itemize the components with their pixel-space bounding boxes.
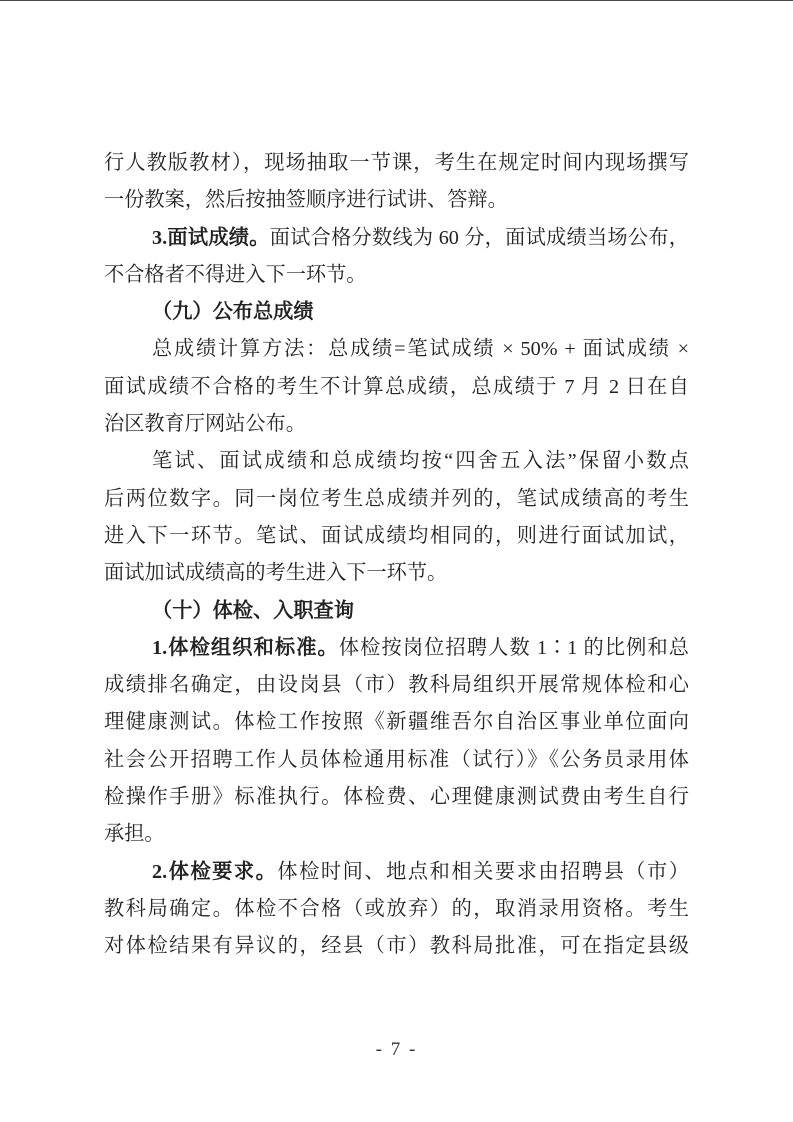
document-body: 行人教版教材），现场抽取一节课，考生在规定时间内现场撰写 一份教案，然后按抽签顺… <box>104 145 689 966</box>
doc-line: 成绩排名确定，由设岗县（市）教科局组织开展常规体检和心 <box>104 667 689 704</box>
doc-line: 治区教育厅网站公布。 <box>104 406 689 443</box>
section-heading-9: （九）公布总成绩 <box>104 294 689 331</box>
bold-run-in-2: 2.体检要求。 <box>152 861 277 883</box>
document-page: 行人教版教材），现场抽取一节课，考生在规定时间内现场撰写 一份教案，然后按抽签顺… <box>0 0 793 1122</box>
doc-line: 行人教版教材），现场抽取一节课，考生在规定时间内现场撰写 <box>104 145 689 182</box>
doc-line: 对体检结果有异议的，经县（市）教科局批准，可在指定县级 <box>104 928 689 965</box>
doc-line: 进入下一环节。笔试、面试成绩均相同的，则进行面试加试， <box>104 518 689 555</box>
doc-line: 一份教案，然后按抽签顺序进行试讲、答辩。 <box>104 182 689 219</box>
doc-line: 承担。 <box>104 816 689 853</box>
doc-line: 检操作手册》标准执行。体检费、心理健康测试费由考生自行 <box>104 779 689 816</box>
doc-line: 3.面试成绩。面试合格分数线为 60 分，面试成绩当场公布， <box>104 220 689 257</box>
doc-line: 不合格者不得进入下一环节。 <box>104 257 689 294</box>
section-heading-10: （十）体检、入职查询 <box>104 593 689 630</box>
doc-line-text: 体检时间、地点和相关要求由招聘县（市） <box>277 861 689 883</box>
doc-line: 1.体检组织和标准。体检按岗位招聘人数 1∶1 的比例和总 <box>104 630 689 667</box>
doc-line: 社会公开招聘工作人员体检通用标准（试行）》《公务员录用体 <box>104 742 689 779</box>
doc-line: 理健康测试。体检工作按照《新疆维吾尔自治区事业单位面向 <box>104 704 689 741</box>
doc-line-text: 面试合格分数线为 60 分，面试成绩当场公布， <box>270 227 689 249</box>
doc-line: 后两位数字。同一岗位考生总成绩并列的，笔试成绩高的考生 <box>104 481 689 518</box>
doc-line: 面试成绩不合格的考生不计算总成绩，总成绩于 7 月 2 日在自 <box>104 369 689 406</box>
doc-line: 2.体检要求。体检时间、地点和相关要求由招聘县（市） <box>104 854 689 891</box>
bold-run-in-1: 1.体检组织和标准。 <box>152 637 339 659</box>
doc-line: 笔试、面试成绩和总成绩均按“四舍五入法”保留小数点 <box>104 443 689 480</box>
doc-line: 总成绩计算方法：总成绩=笔试成绩 × 50% + 面试成绩 × 50%。 <box>104 331 689 368</box>
page-number: - 7 - <box>0 1038 793 1062</box>
page-top-edge <box>0 0 793 1</box>
bold-run-in-3: 3.面试成绩。 <box>152 227 270 249</box>
doc-line: 教科局确定。体检不合格（或放弃）的，取消录用资格。考生 <box>104 891 689 928</box>
doc-line: 面试加试成绩高的考生进入下一环节。 <box>104 555 689 592</box>
doc-line-text: 体检按岗位招聘人数 1∶1 的比例和总 <box>339 637 689 659</box>
